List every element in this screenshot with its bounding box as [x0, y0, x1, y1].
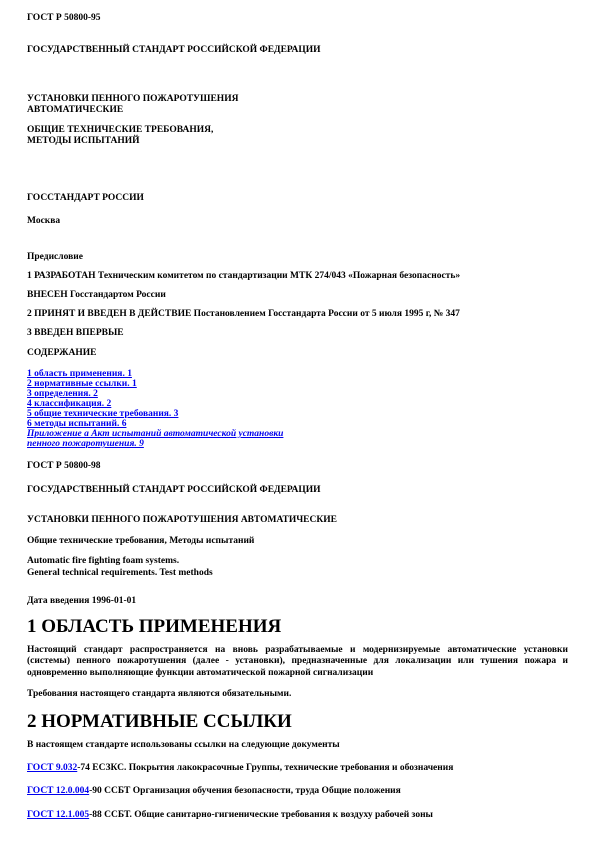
section-2-heading: 2 НОРМАТИВНЫЕ ССЫЛКИ: [27, 711, 568, 732]
subtitle-line-1: ОБЩИЕ ТЕХНИЧЕСКИЕ ТРЕБОВАНИЯ,: [27, 125, 568, 136]
federation-header: ГОСУДАРСТВЕННЫЙ СТАНДАРТ РОССИЙСКОЙ ФЕДЕ…: [27, 45, 568, 56]
toc-heading: СОДЕРЖАНИЕ: [27, 348, 568, 359]
publisher: ГОССТАНДАРТ РОССИИ: [27, 193, 568, 204]
document-subtitle-repeat: Общие технические требования, Методы исп…: [27, 536, 568, 547]
gost-12-0-004-link[interactable]: ГОСТ 12.0.004: [27, 786, 89, 796]
title-english: Automatic fire fighting foam systems. Ge…: [27, 555, 568, 579]
title-line-1: УСТАНОВКИ ПЕННОГО ПОЖАРОТУШЕНИЯ: [27, 94, 568, 105]
foreword-item-developed: 1 РАЗРАБОТАН Техническим комитетом по ст…: [27, 271, 568, 282]
document-subtitle: ОБЩИЕ ТЕХНИЧЕСКИЕ ТРЕБОВАНИЯ, МЕТОДЫ ИСП…: [27, 125, 568, 147]
subtitle-line-2: МЕТОДЫ ИСПЫТАНИЙ: [27, 136, 568, 147]
federation-header-repeat: ГОСУДАРСТВЕННЫЙ СТАНДАРТ РОССИЙСКОЙ ФЕДЕ…: [27, 485, 568, 496]
doc-code: ГОСТ Р 50800-95: [27, 13, 568, 24]
document-title: УСТАНОВКИ ПЕННОГО ПОЖАРОТУШЕНИЯ АВТОМАТИ…: [27, 94, 568, 116]
reference-gost-12-1-005: ГОСТ 12.1.005-88 ССБТ. Общие санитарно-г…: [27, 810, 568, 821]
publication-city: Москва: [27, 216, 568, 227]
toc-link-definitions[interactable]: 3 определения. 2: [27, 389, 307, 399]
effective-date: Дата введения 1996-01-01: [27, 596, 568, 607]
section-1-heading: 1 ОБЛАСТЬ ПРИМЕНЕНИЯ: [27, 616, 568, 637]
reference-gost-12-0-004: ГОСТ 12.0.004-90 ССБТ Организация обучен…: [27, 786, 568, 797]
title-line-2: АВТОМАТИЧЕСКИЕ: [27, 105, 568, 116]
section-2-intro: В настоящем стандарте использованы ссылк…: [27, 740, 568, 751]
table-of-contents: 1 область применения. 1 2 нормативные сс…: [27, 369, 307, 449]
section-1-paragraph-scope: Настоящий стандарт распространяется на в…: [27, 645, 568, 679]
toc-link-normative-references[interactable]: 2 нормативные ссылки. 1: [27, 379, 307, 389]
toc-link-test-methods[interactable]: 6 методы испытаний. 6: [27, 419, 307, 429]
reference-gost-9-032-text: -74 ЕСЗКС. Покрытия лакокрасочные Группы…: [77, 763, 453, 773]
reference-gost-12-1-005-text: -88 ССБТ. Общие санитарно-гигиенические …: [89, 810, 433, 820]
foreword-item-submitted: ВНЕСЕН Госстандартом России: [27, 290, 568, 301]
section-1-paragraph-mandatory: Требования настоящего стандарта являются…: [27, 689, 568, 700]
toc-link-general-requirements[interactable]: 5 общие технические требования. 3: [27, 409, 307, 419]
foreword-heading: Предисловие: [27, 252, 568, 263]
reference-gost-9-032: ГОСТ 9.032-74 ЕСЗКС. Покрытия лакокрасоч…: [27, 763, 568, 774]
title-english-line-2: General technical requirements. Test met…: [27, 567, 568, 579]
title-english-line-1: Automatic fire fighting foam systems.: [27, 555, 568, 567]
document-page: ГОСТ Р 50800-95 ГОСУДАРСТВЕННЫЙ СТАНДАРТ…: [0, 0, 595, 842]
doc-code-repeat: ГОСТ Р 50800-98: [27, 461, 568, 472]
gost-9-032-link[interactable]: ГОСТ 9.032: [27, 763, 77, 773]
foreword-item-first-edition: 3 ВВЕДЕН ВПЕРВЫЕ: [27, 328, 568, 339]
toc-link-scope[interactable]: 1 область применения. 1: [27, 369, 307, 379]
foreword-item-adopted: 2 ПРИНЯТ И ВВЕДЕН В ДЕЙСТВИЕ Постановлен…: [27, 309, 568, 320]
toc-link-classification[interactable]: 4 классификация. 2: [27, 399, 307, 409]
toc-link-appendix-a[interactable]: Приложение а Акт испытаний автоматическо…: [27, 429, 307, 449]
gost-12-1-005-link[interactable]: ГОСТ 12.1.005: [27, 810, 89, 820]
document-title-repeat: УСТАНОВКИ ПЕННОГО ПОЖАРОТУШЕНИЯ АВТОМАТИ…: [27, 515, 568, 526]
reference-gost-12-0-004-text: -90 ССБТ Организация обучения безопаснос…: [89, 786, 401, 796]
